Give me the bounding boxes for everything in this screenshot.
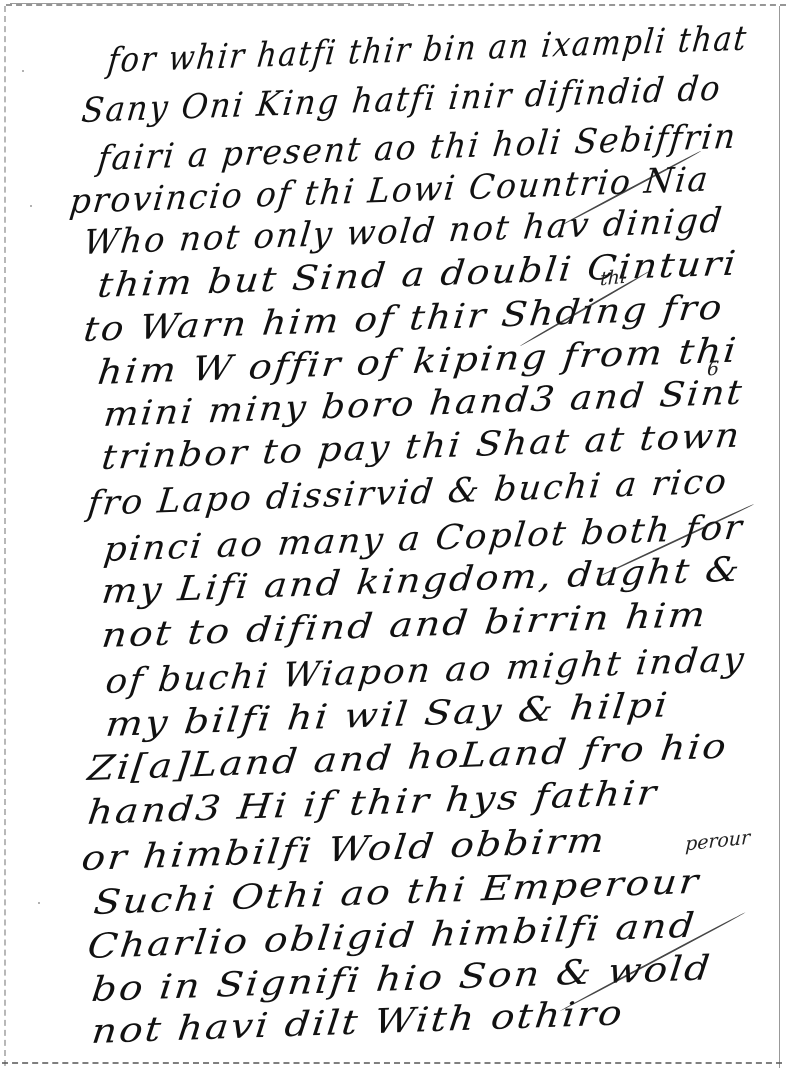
scan-speck bbox=[22, 70, 24, 72]
scan-border-bottom bbox=[2, 1062, 782, 1064]
manuscript-line: for whir hatfi thir bin an ixampli that bbox=[106, 22, 749, 78]
page-edge-right bbox=[779, 6, 780, 1068]
interlinear-insertion: 6 bbox=[707, 359, 720, 379]
scan-border-left bbox=[4, 6, 6, 1066]
interlinear-insertion: perour bbox=[685, 829, 751, 855]
scan-speck bbox=[38, 902, 40, 904]
scan-speck bbox=[30, 205, 32, 207]
scan-border-top-dashed bbox=[6, 4, 786, 6]
manuscript-page: for whir hatfi thir bin an ixampli that … bbox=[0, 0, 797, 1082]
